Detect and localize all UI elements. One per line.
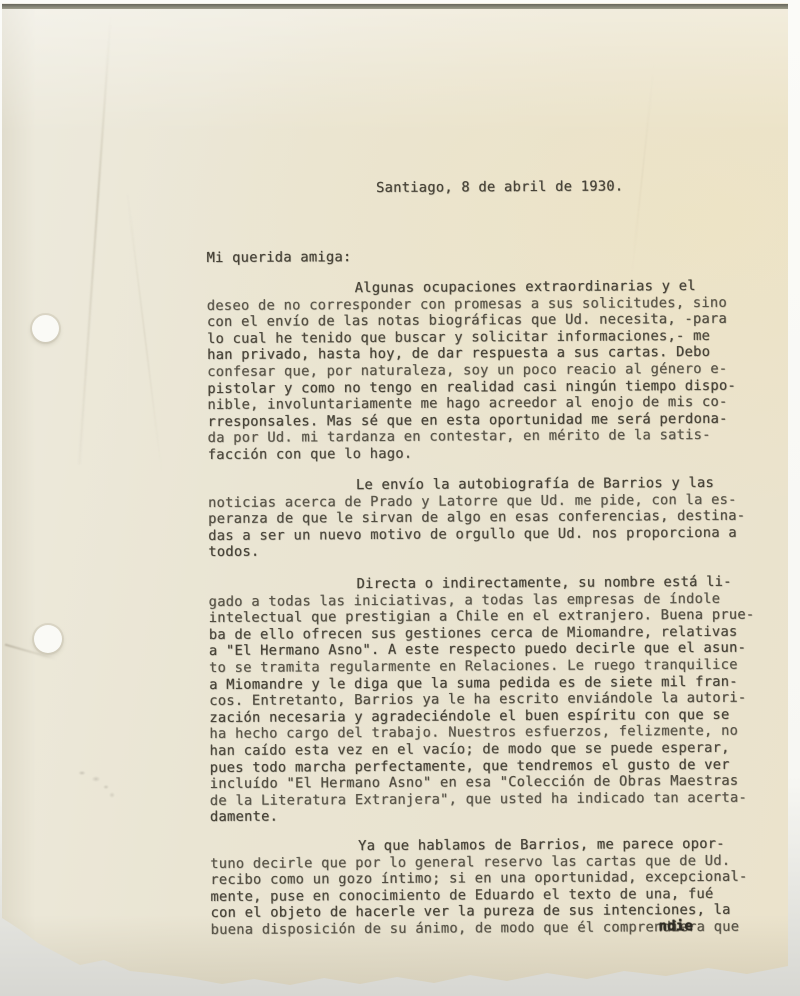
letter-line: damente. [210, 806, 756, 826]
dateline: Santiago, 8 de abril de 1930. [206, 178, 623, 197]
pencil-smudge [72, 765, 120, 801]
paragraph-3: Directa o indirectamente, su nombre está… [209, 574, 756, 826]
typed-overstrike: ndie [659, 918, 694, 935]
letter-line: han caído esta vez en el vacío; de modo … [210, 740, 756, 760]
letter-line: mente, puse en conocimiento de Eduardo e… [210, 885, 747, 905]
punch-hole-bottom [34, 625, 62, 653]
paragraph-2: Le envío la autobiografía de Barrios y l… [208, 475, 746, 561]
punch-hole-top [32, 315, 59, 342]
salutation: Mi querida amiga: [207, 249, 352, 266]
letter-line: das a ser un nuevo motivo de orgullo que… [208, 524, 745, 544]
letter-line: todos. [208, 541, 745, 561]
paragraph-1: Algunas ocupaciones extraordinarias y el… [207, 278, 737, 464]
letter-line: cos. Entretanto, Barrios ya le ha escrit… [209, 690, 755, 710]
letter-line: confesar que, por naturaleza, soy un poc… [207, 361, 736, 381]
letter-line: de la Literatura Extranjera", que usted … [210, 789, 756, 809]
paper-crease [78, 15, 111, 464]
scanned-letter-page: Santiago, 8 de abril de 1930. Mi querida… [0, 0, 800, 996]
letter-line: lo cual he tenido que buscar y solicitar… [207, 328, 736, 348]
letter-line: to se tramita regularmente en Relaciones… [209, 657, 755, 677]
letter-line: ba de ello ofrecen sus gestiones cerca d… [209, 623, 755, 643]
letter-line: nible, involuntariamente me hago acreedo… [207, 394, 736, 414]
paper-crease [127, 194, 162, 472]
letter-paper: Santiago, 8 de abril de 1930. Mi querida… [2, 3, 788, 985]
letter-line: facción con que lo hago. [208, 444, 737, 464]
letter-body: Santiago, 8 de abril de 1930. Mi querida… [205, 0, 776, 996]
